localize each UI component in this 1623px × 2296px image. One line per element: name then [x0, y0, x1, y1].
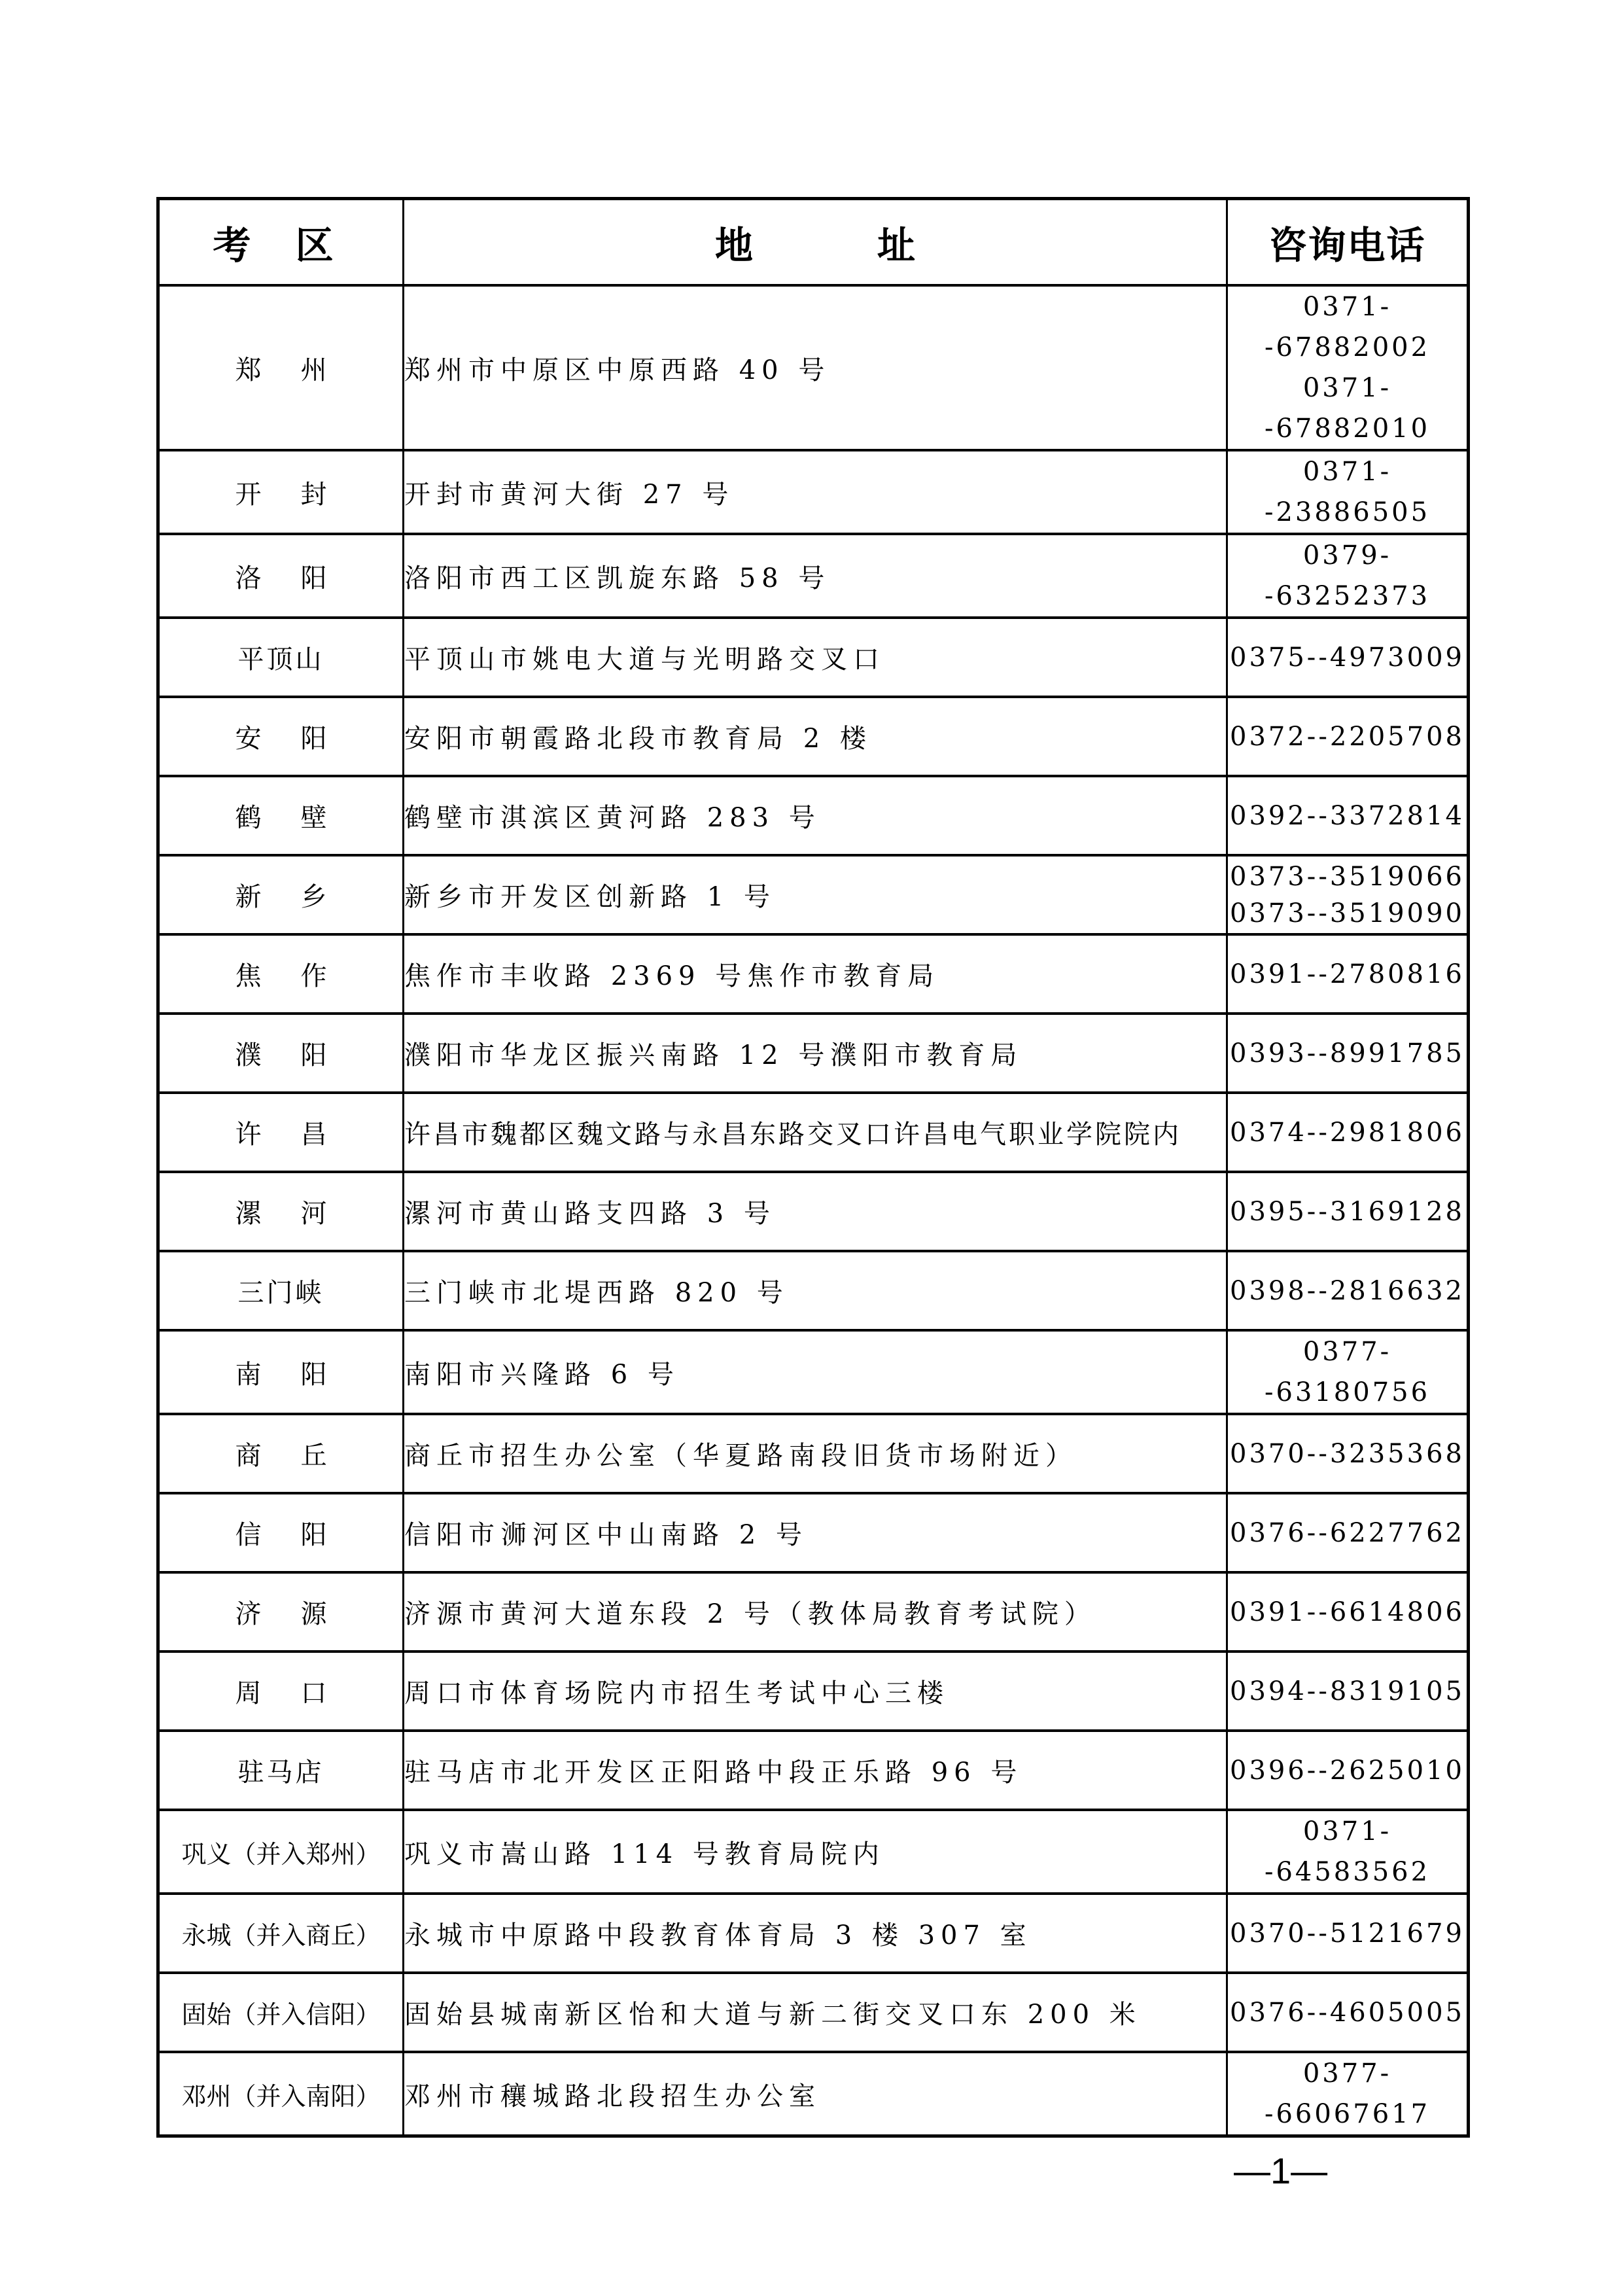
header-address: 地址	[404, 199, 1227, 286]
region-cell: 邓州（并入南阳）	[158, 2052, 404, 2136]
table-row: 固始（并入信阳） 固始县城南新区怡和大道与新二街交叉口东 200 米 0376-…	[158, 1973, 1469, 2052]
phone-cell: 0373--35190660373--3519090	[1227, 855, 1469, 934]
phone-cell: 0379--63252373	[1227, 534, 1469, 618]
header-address-part1: 地	[715, 223, 753, 268]
table-row: 安阳 安阳市朝霞路北段市教育局 2 楼 0372--2205708	[158, 697, 1469, 776]
phone-cell: 0371--23886505	[1227, 450, 1469, 534]
address-cell: 周口市体育场院内市招生考试中心三楼	[404, 1651, 1227, 1731]
table-row: 漯河 漯河市黄山路支四路 3 号 0395--3169128	[158, 1172, 1469, 1251]
region-cell: 开封	[158, 450, 404, 534]
phone-cell: 0393--8991785	[1227, 1014, 1469, 1093]
phone-number: 0373--3519066	[1228, 858, 1467, 895]
region-cell: 永城（并入商丘）	[158, 1894, 404, 1973]
address-cell: 南阳市兴隆路 6 号	[404, 1330, 1227, 1414]
phone-cell: 0391--6614806	[1227, 1572, 1469, 1651]
phone-cell: 0371--678820020371--67882010	[1227, 285, 1469, 450]
phone-cell: 0395--3169128	[1227, 1172, 1469, 1251]
phone-cell: 0376--6227762	[1227, 1493, 1469, 1572]
table-row: 开封 开封市黄河大街 27 号 0371--23886505	[158, 450, 1469, 534]
phone-cell: 0396--2625010	[1227, 1731, 1469, 1810]
region-cell: 许昌	[158, 1093, 404, 1172]
address-cell: 永城市中原路中段教育体育局 3 楼 307 室	[404, 1894, 1227, 1973]
phone-number: 0373--3519090	[1228, 895, 1467, 932]
table-row: 商丘 商丘市招生办公室（华夏路南段旧货市场附近） 0370--3235368	[158, 1414, 1469, 1493]
phone-cell: 0370--5121679	[1227, 1894, 1469, 1973]
phone-cell: 0392--3372814	[1227, 776, 1469, 855]
region-cell: 三门峡	[158, 1251, 404, 1330]
region-cell: 巩义（并入郑州）	[158, 1810, 404, 1894]
table-row: 许昌 许昌市魏都区魏文路与永昌东路交叉口许昌电气职业学院院内 0374--298…	[158, 1093, 1469, 1172]
region-cell: 信阳	[158, 1493, 404, 1572]
table-row: 永城（并入商丘） 永城市中原路中段教育体育局 3 楼 307 室 0370--5…	[158, 1894, 1469, 1973]
table-row: 三门峡 三门峡市北堤西路 820 号 0398--2816632	[158, 1251, 1469, 1330]
region-cell: 固始（并入信阳）	[158, 1973, 404, 2052]
region-cell: 濮阳	[158, 1014, 404, 1093]
address-cell: 开封市黄河大街 27 号	[404, 450, 1227, 534]
phone-cell: 0377--66067617	[1227, 2052, 1469, 2136]
address-cell: 邓州市穰城路北段招生办公室	[404, 2052, 1227, 2136]
page-number: —1—	[1234, 2153, 1327, 2189]
region-cell: 南阳	[158, 1330, 404, 1414]
region-cell: 新乡	[158, 855, 404, 934]
address-cell: 漯河市黄山路支四路 3 号	[404, 1172, 1227, 1251]
address-cell: 许昌市魏都区魏文路与永昌东路交叉口许昌电气职业学院院内	[404, 1093, 1227, 1172]
region-cell: 商丘	[158, 1414, 404, 1493]
table-row: 周口 周口市体育场院内市招生考试中心三楼 0394--8319105	[158, 1651, 1469, 1731]
address-cell: 安阳市朝霞路北段市教育局 2 楼	[404, 697, 1227, 776]
address-cell: 鹤壁市淇滨区黄河路 283 号	[404, 776, 1227, 855]
address-cell: 信阳市浉河区中山南路 2 号	[404, 1493, 1227, 1572]
phone-cell: 0377--63180756	[1227, 1330, 1469, 1414]
table-row: 鹤壁 鹤壁市淇滨区黄河路 283 号 0392--3372814	[158, 776, 1469, 855]
phone-cell: 0391--2780816	[1227, 934, 1469, 1014]
phone-cell: 0370--3235368	[1227, 1414, 1469, 1493]
phone-cell: 0394--8319105	[1227, 1651, 1469, 1731]
table-row: 信阳 信阳市浉河区中山南路 2 号 0376--6227762	[158, 1493, 1469, 1572]
address-cell: 濮阳市华龙区振兴南路 12 号濮阳市教育局	[404, 1014, 1227, 1093]
region-cell: 洛阳	[158, 534, 404, 618]
address-cell: 巩义市嵩山路 114 号教育局院内	[404, 1810, 1227, 1894]
phone-cell: 0376--4605005	[1227, 1973, 1469, 2052]
region-cell: 济源	[158, 1572, 404, 1651]
table-row: 焦作 焦作市丰收路 2369 号焦作市教育局 0391--2780816	[158, 934, 1469, 1014]
address-cell: 济源市黄河大道东段 2 号（教体局教育考试院）	[404, 1572, 1227, 1651]
table-row: 邓州（并入南阳） 邓州市穰城路北段招生办公室 0377--66067617	[158, 2052, 1469, 2136]
exam-region-table: 考 区 地址 咨询电话 郑州 郑州市中原区中原西路 40 号 0371--678…	[156, 197, 1470, 2138]
phone-cell: 0398--2816632	[1227, 1251, 1469, 1330]
table-row: 新乡 新乡市开发区创新路 1 号 0373--35190660373--3519…	[158, 855, 1469, 934]
table-row: 南阳 南阳市兴隆路 6 号 0377--63180756	[158, 1330, 1469, 1414]
table-row: 洛阳 洛阳市西工区凯旋东路 58 号 0379--63252373	[158, 534, 1469, 618]
address-cell: 固始县城南新区怡和大道与新二街交叉口东 200 米	[404, 1973, 1227, 2052]
phone-cell: 0374--2981806	[1227, 1093, 1469, 1172]
address-cell: 驻马店市北开发区正阳路中段正乐路 96 号	[404, 1731, 1227, 1810]
phone-cell: 0375--4973009	[1227, 618, 1469, 697]
phone-cell: 0372--2205708	[1227, 697, 1469, 776]
region-cell: 鹤壁	[158, 776, 404, 855]
region-cell: 漯河	[158, 1172, 404, 1251]
address-cell: 焦作市丰收路 2369 号焦作市教育局	[404, 934, 1227, 1014]
region-cell: 安阳	[158, 697, 404, 776]
table-row: 驻马店 驻马店市北开发区正阳路中段正乐路 96 号 0396--2625010	[158, 1731, 1469, 1810]
table-row: 济源 济源市黄河大道东段 2 号（教体局教育考试院） 0391--6614806	[158, 1572, 1469, 1651]
region-cell: 郑州	[158, 285, 404, 450]
table-row: 巩义（并入郑州） 巩义市嵩山路 114 号教育局院内 0371--6458356…	[158, 1810, 1469, 1894]
table-header-row: 考 区 地址 咨询电话	[158, 199, 1469, 286]
document-page: 考 区 地址 咨询电话 郑州 郑州市中原区中原西路 40 号 0371--678…	[0, 0, 1623, 2296]
address-cell: 三门峡市北堤西路 820 号	[404, 1251, 1227, 1330]
table-row: 濮阳 濮阳市华龙区振兴南路 12 号濮阳市教育局 0393--8991785	[158, 1014, 1469, 1093]
header-phone: 咨询电话	[1227, 199, 1469, 286]
phone-number: 0371--67882010	[1228, 368, 1467, 449]
address-cell: 郑州市中原区中原西路 40 号	[404, 285, 1227, 450]
header-region: 考 区	[158, 199, 404, 286]
table-row: 平顶山 平顶山市姚电大道与光明路交叉口 0375--4973009	[158, 618, 1469, 697]
region-cell: 周口	[158, 1651, 404, 1731]
address-cell: 新乡市开发区创新路 1 号	[404, 855, 1227, 934]
region-cell: 驻马店	[158, 1731, 404, 1810]
region-cell: 平顶山	[158, 618, 404, 697]
address-cell: 商丘市招生办公室（华夏路南段旧货市场附近）	[404, 1414, 1227, 1493]
table-row: 郑州 郑州市中原区中原西路 40 号 0371--678820020371--6…	[158, 285, 1469, 450]
region-cell: 焦作	[158, 934, 404, 1014]
header-address-part2: 址	[877, 223, 915, 268]
phone-cell: 0371--64583562	[1227, 1810, 1469, 1894]
phone-number: 0371--67882002	[1228, 287, 1467, 368]
address-cell: 洛阳市西工区凯旋东路 58 号	[404, 534, 1227, 618]
address-cell: 平顶山市姚电大道与光明路交叉口	[404, 618, 1227, 697]
